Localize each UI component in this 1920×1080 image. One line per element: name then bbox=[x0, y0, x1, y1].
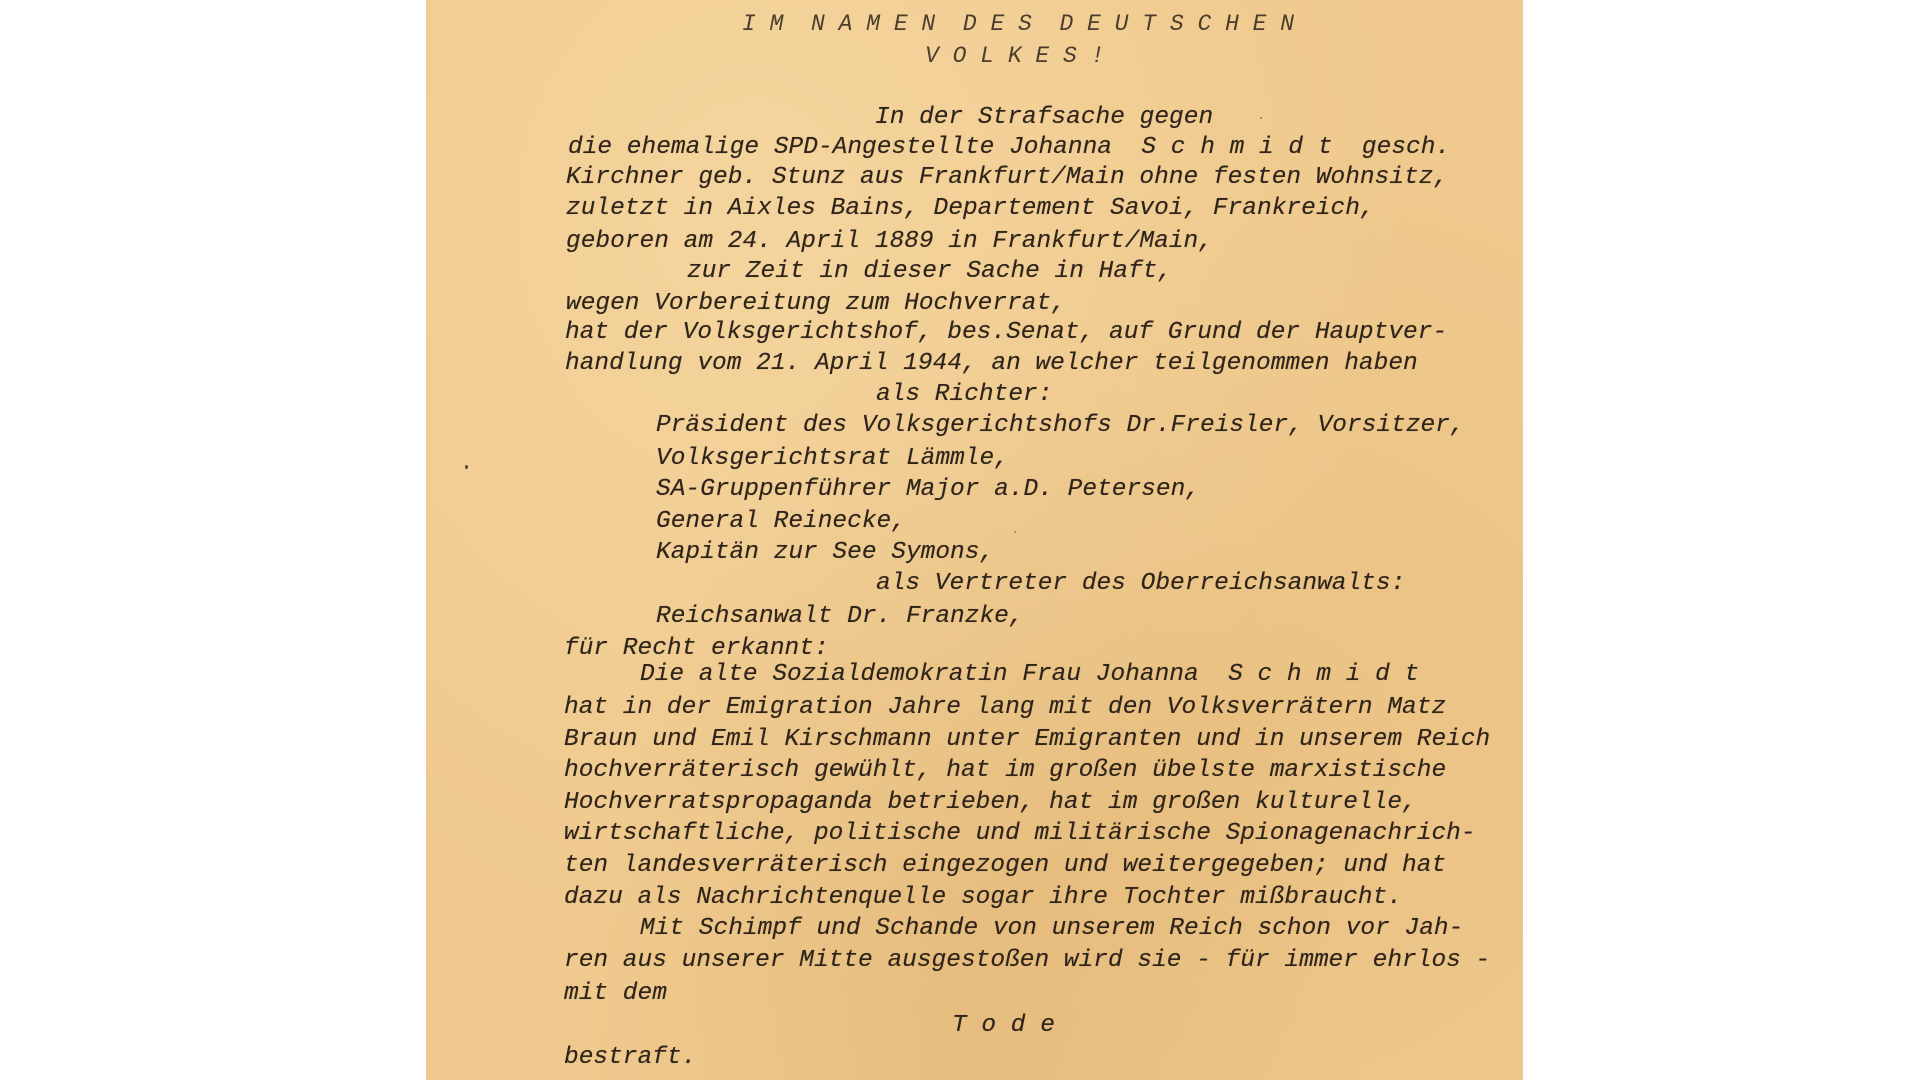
sentence-word: T o d e bbox=[952, 1011, 1055, 1041]
closing-word: bestraft. bbox=[564, 1043, 696, 1073]
verdict-line: hochverräterisch gewühlt, hat im großen … bbox=[564, 756, 1446, 786]
verdict-line: Braun und Emil Kirschmann unter Emigrant… bbox=[564, 725, 1490, 755]
verdict-line: ren aus unserer Mitte ausgestoßen wird s… bbox=[564, 946, 1490, 976]
custody-status: zur Zeit in dieser Sache in Haft, bbox=[687, 257, 1172, 287]
judge-item: General Reinecke, bbox=[656, 507, 906, 537]
verdict-line: Hochverratspropaganda betrieben, hat im … bbox=[564, 788, 1417, 818]
charge: wegen Vorbereitung zum Hochverrat, bbox=[566, 289, 1066, 319]
verdict-line: ten landesverräterisch eingezogen und we… bbox=[564, 851, 1446, 881]
judge-item: Präsident des Volksgerichtshofs Dr.Freis… bbox=[656, 411, 1465, 441]
defendant-line-2: Kirchner geb. Stunz aus Frankfurt/Main o… bbox=[566, 163, 1448, 193]
verdict-line: hat in der Emigration Jahre lang mit den… bbox=[564, 693, 1446, 723]
paper-speck bbox=[1014, 531, 1016, 533]
defendant-line-3: zuletzt in Aixles Bains, Departement Sav… bbox=[566, 194, 1375, 224]
judge-item: Kapitän zur See Symons, bbox=[656, 538, 994, 568]
court-line-1: hat der Volksgerichtshof, bes.Senat, auf… bbox=[565, 318, 1447, 348]
verdict-line: Mit Schimpf und Schande von unserem Reic… bbox=[640, 914, 1463, 944]
prosecution-heading: als Vertreter des Oberreichsanwalts: bbox=[876, 569, 1405, 599]
typewritten-verdict-page: I M N A M E N D E S D E U T S C H E N V … bbox=[426, 0, 1523, 1080]
title-line-2: V O L K E S ! bbox=[925, 42, 1104, 70]
paper-speck bbox=[465, 465, 468, 469]
judge-item: Volksgerichtsrat Lämmle, bbox=[656, 444, 1009, 474]
court-line-2: handlung vom 21. April 1944, an welcher … bbox=[565, 349, 1418, 379]
verdict-line: mit dem bbox=[564, 979, 667, 1009]
defendant-line-1: die ehemalige SPD-Angestellte Johanna S … bbox=[568, 133, 1450, 163]
verdict-line: wirtschaftliche, politische und militäri… bbox=[564, 819, 1476, 849]
document-viewer: I M N A M E N D E S D E U T S C H E N V … bbox=[0, 0, 1920, 1080]
defendant-line-4: geboren am 24. April 1889 in Frankfurt/M… bbox=[566, 227, 1213, 257]
verdict-line: Die alte Sozialdemokratin Frau Johanna S… bbox=[640, 660, 1419, 690]
prosecutor: Reichsanwalt Dr. Franzke, bbox=[656, 602, 1024, 632]
title-line-1: I M N A M E N D E S D E U T S C H E N bbox=[742, 10, 1294, 38]
verdict-line: dazu als Nachrichtenquelle sogar ihre To… bbox=[564, 883, 1402, 913]
paper-speck bbox=[1260, 117, 1262, 119]
judges-heading: als Richter: bbox=[876, 380, 1052, 410]
judge-item: SA-Gruppenführer Major a.D. Petersen, bbox=[656, 475, 1200, 505]
case-intro: In der Strafsache gegen bbox=[875, 103, 1213, 133]
